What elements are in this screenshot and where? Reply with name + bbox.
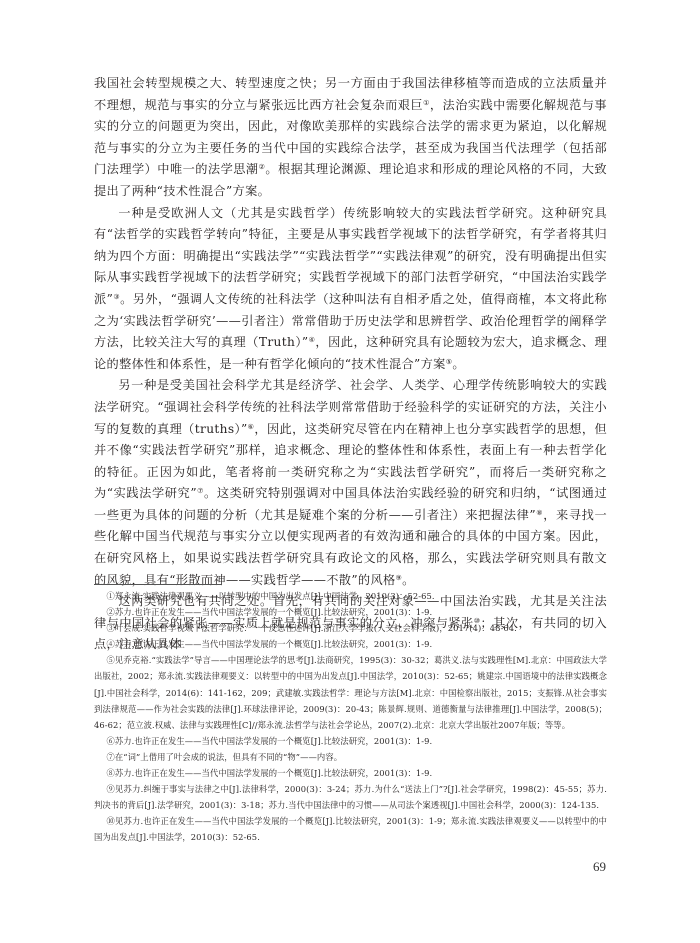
footnote-10: ⑩见苏力.也许正在发生——当代中国法学发展的一个概览[J].比较法研究，2001… bbox=[94, 813, 607, 845]
footnote-1: ①郑永流.实践法律观要义——以转型中的中国为出发点[J].中国法学，2010(3… bbox=[94, 588, 607, 604]
page-number: 69 bbox=[593, 859, 606, 875]
footnote-8: ⑧苏力.也许正在发生——当代中国法学发展的一个概览[J].比较法研究，2001(… bbox=[94, 765, 607, 781]
body-text: 我国社会转型规模之大、转型速度之快；另一方面由于我国法律移植等而造成的立法质量并… bbox=[94, 73, 607, 656]
footnote-ref: ⑦ bbox=[197, 487, 204, 495]
footnote-9: ⑨见苏力.纠缠于事实与法律之中[J].法律科学，2000(3)：3-24；苏力.… bbox=[94, 781, 607, 813]
footnote-4: ④苏力.也许正在发生——当代中国法学发展的一个概览[J].比较法研究，2001(… bbox=[94, 636, 607, 652]
footnote-ref: ① bbox=[423, 99, 430, 107]
text-run: 。 bbox=[452, 357, 465, 371]
paragraph-1: 我国社会转型规模之大、转型速度之快；另一方面由于我国法律移植等而造成的立法质量并… bbox=[94, 73, 607, 203]
footnotes: ①郑永流.实践法律观要义——以转型中的中国为出发点[J].中国法学，2010(3… bbox=[94, 588, 607, 846]
text-run: 。 bbox=[402, 573, 415, 587]
paragraph-2: 一种是受欧洲人文（尤其是实践哲学）传统影响较大的实践法哲学研究。这种研究具有“法… bbox=[94, 203, 607, 376]
footnote-divider bbox=[94, 584, 222, 585]
footnote-6: ⑥苏力.也许正在发生——当代中国法学发展的一个概览[J].比较法研究，2001(… bbox=[94, 733, 607, 749]
footnote-7: ⑦在“词”上借用了叶会成的说法，但具有不同的“物”——内容。 bbox=[94, 749, 607, 765]
paragraph-3: 另一种是受美国社会科学尤其是经济学、社会学、人类学、心理学传统影响较大的实践法学… bbox=[94, 375, 607, 591]
footnote-5: ⑤见乔克裕.“实践法学”导言——中国理论法学的思考[J].法商研究，1995(3… bbox=[94, 652, 607, 732]
text-run: 一种是受欧洲人文（尤其是实践哲学）传统影响较大的实践法哲学研究。这种研究具有“法… bbox=[94, 206, 607, 306]
footnote-3: ③叶会成.实践哲学视域下法哲学研究：一个反思性述评[J].浙江大学学报(人文社会… bbox=[94, 620, 607, 636]
footnote-2: ②苏力.也许正在发生——当代中国法学发展的一个概览[J].比较法研究，2001(… bbox=[94, 604, 607, 620]
